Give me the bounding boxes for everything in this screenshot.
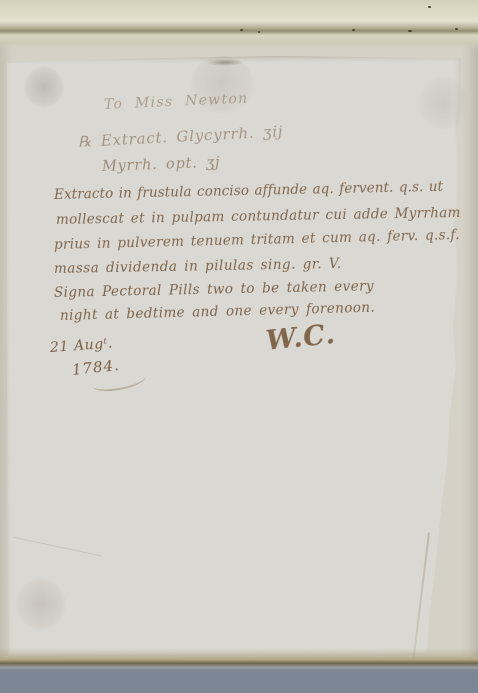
paper-speck <box>240 29 243 31</box>
manuscript-paper <box>5 55 466 657</box>
paper-speck <box>352 29 355 31</box>
page-bottom-edge <box>0 648 478 670</box>
paper-speck <box>258 31 260 33</box>
paper-speck <box>455 28 458 30</box>
paper-speck <box>428 6 431 8</box>
book-top-edge <box>0 0 478 50</box>
photo-background: To Miss Newton ℞ Extract. Glycyrrh. ʒij … <box>0 0 478 693</box>
paper-speck <box>408 30 412 32</box>
